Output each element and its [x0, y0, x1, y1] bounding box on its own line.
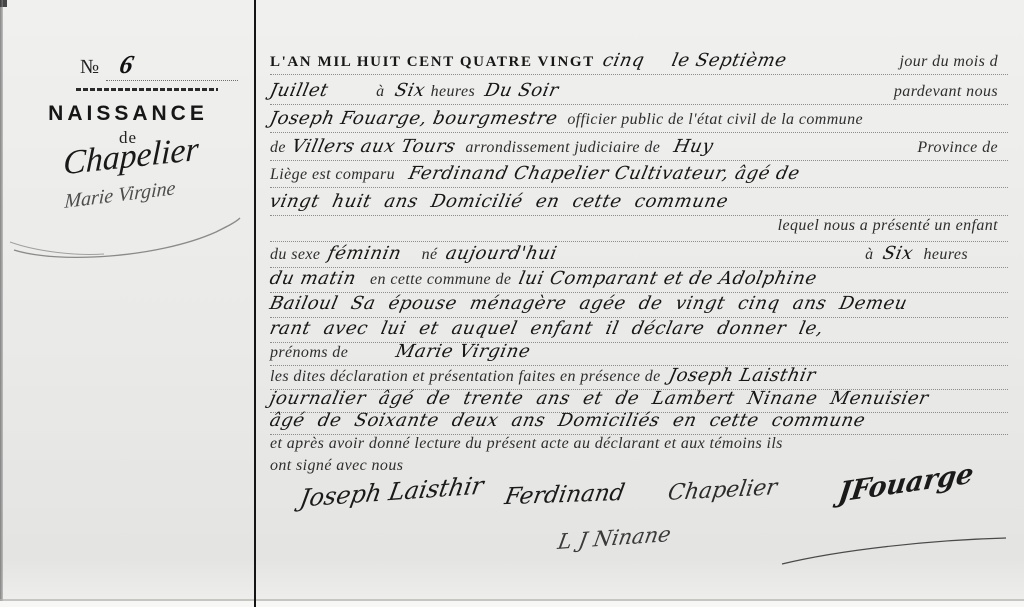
scan-bottom-paper: [0, 601, 1024, 607]
hw-commune: Villers aux Tours: [290, 136, 458, 157]
body-line-9: du matin en cette commune de lui Compara…: [270, 268, 1008, 293]
hw-declarant: Ferdinand Chapelier Cultivateur, âgé de: [407, 163, 802, 184]
hw-child-names: Marie Virgine: [394, 341, 533, 362]
printed-liege-comparu: Liège est comparu: [270, 166, 395, 184]
printed-pardevant: pardevant nous: [894, 83, 998, 101]
record-number-label: №: [80, 56, 100, 79]
printed-year-caps: L'AN MIL HUIT CENT QUATRE VINGT: [270, 54, 595, 71]
hw-hour: Six: [392, 80, 427, 101]
printed-lecture-clause: et après avoir donné lecture du présent …: [270, 435, 783, 453]
margin-decorative-rule: [76, 88, 218, 91]
hw-ampm: Du Soir: [483, 80, 561, 101]
body-line-8: du sexe féminin né aujourd'hui à Six heu…: [270, 243, 1008, 268]
printed-du-sexe: du sexe: [270, 246, 320, 264]
printed-ont-signe: ont signé avec nous: [270, 457, 403, 475]
body-line-5: Liège est comparu Ferdinand Chapelier Cu…: [270, 163, 1008, 188]
body-line-15: âgé de Soixante deux ans Domiciliés en c…: [270, 410, 1008, 435]
signature-flourish: [780, 530, 1010, 570]
birth-record-scan: № 6 NAISSANCE de Chapelier Marie Virgine…: [0, 0, 1024, 607]
record-number-row: № 6: [80, 50, 238, 81]
hw-witness-details: journalier âgé de trente ans et de Lambe…: [268, 388, 931, 409]
record-number-fill-line: 6: [106, 50, 238, 81]
hw-birth-hour: Six: [881, 243, 916, 264]
body-line-2: Juillet à Six heures Du Soir pardevant n…: [270, 80, 1008, 105]
printed-a: à: [865, 246, 873, 264]
margin-flourish: [8, 212, 244, 264]
printed-en-cette-commune: en cette commune de: [370, 271, 511, 289]
printed-day-suffix: jour du mois d: [900, 53, 999, 71]
register-vertical-rule: [254, 0, 256, 607]
body-line-12: prénoms de Marie Virgine: [270, 341, 1008, 366]
body-line-16: et après avoir donné lecture du présent …: [270, 435, 1008, 457]
printed-province: Province de: [917, 139, 998, 157]
printed-de: de: [270, 139, 286, 157]
printed-arrondissement: arrondissement judiciaire de: [465, 139, 660, 157]
body-line-4: de Villers aux Tours arrondissement judi…: [270, 136, 1008, 161]
hw-mother-details: Bailoul Sa épouse ménagère agée de vingt…: [268, 293, 910, 314]
hw-witness2-age: âgé de Soixante deux ans Domiciliés en c…: [268, 410, 868, 431]
hw-year: cinq: [601, 50, 647, 71]
hw-sex: féminin: [326, 243, 404, 264]
body-line-6: vingt huit ans Domicilié en cette commun…: [270, 191, 1008, 216]
printed-heures: heures: [431, 83, 475, 101]
printed-lequel-presente: lequel nous a présenté un enfant: [778, 217, 998, 235]
record-number-value: 6: [103, 50, 136, 80]
hw-month: Juillet: [268, 80, 331, 101]
scan-left-edge: [0, 0, 3, 607]
hw-birth-day: aujourd'hui: [443, 243, 558, 264]
body-line-11: rant avec lui et auquel enfant il déclar…: [270, 318, 1008, 343]
act-type-heading: NAISSANCE: [0, 102, 256, 126]
body-line-1: L'AN MIL HUIT CENT QUATRE VINGT cinq le …: [270, 50, 1008, 75]
signature-declarant-firstname: Ferdinand: [503, 480, 627, 510]
printed-declaration-presence: les dites déclaration et présentation fa…: [270, 368, 661, 386]
signature-declarant-surname: Chapelier: [666, 475, 779, 506]
body-line-7: lequel nous a présenté un enfant: [270, 217, 1008, 242]
hw-parents-intro: lui Comparant et de Adolphine: [517, 268, 819, 289]
body-line-3: Joseph Fouarge, bourgmestre officier pub…: [270, 108, 1008, 133]
printed-at: à: [376, 83, 384, 101]
hw-declarant-age-domicile: vingt huit ans Domicilié en cette commun…: [268, 191, 730, 212]
hw-witness1-name: Joseph Laisthir: [666, 365, 817, 386]
body-line-10: Bailoul Sa épouse ménagère agée de vingt…: [270, 293, 1008, 318]
hw-du-matin: du matin: [268, 268, 358, 289]
signature-witness2: L J Ninane: [556, 522, 673, 554]
printed-prenoms-de: prénoms de: [270, 344, 348, 362]
hw-officer-name: Joseph Fouarge, bourgmestre: [268, 108, 560, 129]
hw-day: le Septième: [670, 50, 789, 71]
printed-heures-2: heures: [924, 246, 968, 264]
printed-ne: né: [422, 246, 438, 264]
hw-declare-donner: rant avec lui et auquel enfant il déclar…: [268, 318, 826, 339]
body-line-13: les dites déclaration et présentation fa…: [270, 365, 1008, 390]
printed-officer-title: officier public de l'état civil de la co…: [567, 111, 863, 129]
hw-arrondissement-value: Huy: [672, 136, 716, 157]
